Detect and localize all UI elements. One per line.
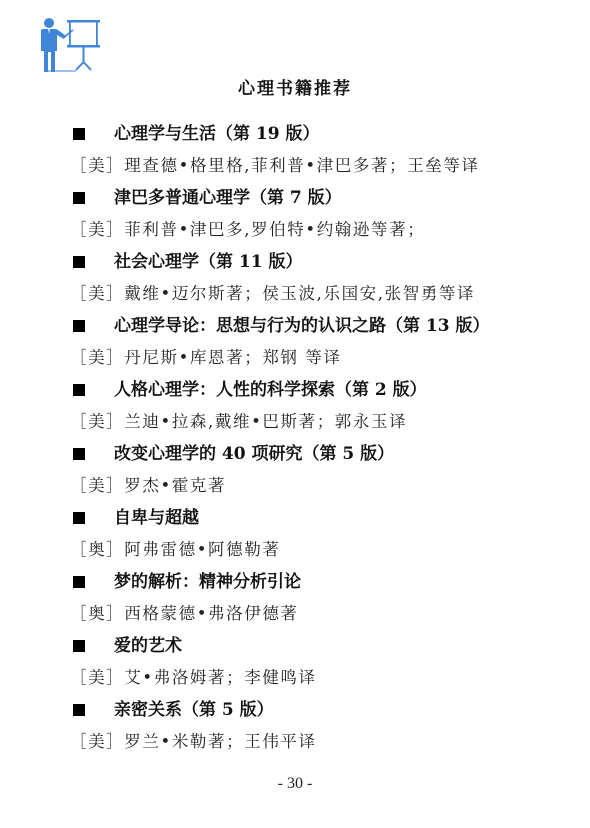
book-author: ［美］罗兰•米勒著；王伟平译 [0,726,590,758]
square-bullet-icon [73,384,85,396]
book-title: 津巴多普通心理学（第 7 版） [114,182,342,214]
book-author: ［奥］阿弗雷德•阿德勒著 [0,534,590,566]
book-item: 津巴多普通心理学（第 7 版） ［美］菲利普•津巴多,罗伯特•约翰逊等著； [0,182,590,246]
square-bullet-icon [73,256,85,268]
book-title: 社会心理学（第 11 版） [114,246,303,278]
book-author: ［奥］西格蒙德•弗洛伊德著 [0,598,590,630]
square-bullet-icon [73,576,85,588]
page-number: - 30 - [0,775,590,793]
square-bullet-icon [73,704,85,716]
book-title: 心理学导论：思想与行为的认识之路（第 13 版） [114,310,490,342]
book-item: 社会心理学（第 11 版） ［美］戴维•迈尔斯著；侯玉波,乐国安,张智勇等译 [0,246,590,310]
book-author: ［美］戴维•迈尔斯著；侯玉波,乐国安,张智勇等译 [0,278,590,310]
book-item: 亲密关系（第 5 版） ［美］罗兰•米勒著；王伟平译 [0,694,590,758]
square-bullet-icon [73,512,85,524]
book-title: 心理学与生活（第 19 版） [114,118,320,150]
book-item: 梦的解析：精神分析引论 ［奥］西格蒙德•弗洛伊德著 [0,566,590,630]
book-item: 心理学与生活（第 19 版） ［美］理查德•格里格,菲利普•津巴多著；王垒等译 [0,118,590,182]
square-bullet-icon [73,640,85,652]
book-title: 梦的解析：精神分析引论 [114,566,301,598]
book-title: 人格心理学：人性的科学探索（第 2 版） [114,374,427,406]
book-author: ［美］罗杰•霍克著 [0,470,590,502]
book-title: 爱的艺术 [114,630,182,662]
square-bullet-icon [73,128,85,140]
square-bullet-icon [73,320,85,332]
book-author: ［美］菲利普•津巴多,罗伯特•约翰逊等著； [0,214,590,246]
square-bullet-icon [73,448,85,460]
book-item: 自卑与超越 ［奥］阿弗雷德•阿德勒著 [0,502,590,566]
book-item: 改变心理学的 40 项研究（第 5 版） ［美］罗杰•霍克著 [0,438,590,502]
book-author: ［美］丹尼斯•库恩著；郑钢 等译 [0,342,590,374]
book-list: 心理学与生活（第 19 版） ［美］理查德•格里格,菲利普•津巴多著；王垒等译 … [0,118,590,758]
page-title: 心理书籍推荐 [0,74,590,99]
book-author: ［美］理查德•格里格,菲利普•津巴多著；王垒等译 [0,150,590,182]
book-title: 自卑与超越 [114,502,199,534]
book-item: 爱的艺术 ［美］艾•弗洛姆著；李健鸣译 [0,630,590,694]
presenter-at-board-icon [36,14,102,72]
square-bullet-icon [73,192,85,204]
book-title: 亲密关系（第 5 版） [114,694,274,726]
book-item: 心理学导论：思想与行为的认识之路（第 13 版） ［美］丹尼斯•库恩著；郑钢 等… [0,310,590,374]
book-author: ［美］兰迪•拉森,戴维•巴斯著；郭永玉译 [0,406,590,438]
book-author: ［美］艾•弗洛姆著；李健鸣译 [0,662,590,694]
book-item: 人格心理学：人性的科学探索（第 2 版） ［美］兰迪•拉森,戴维•巴斯著；郭永玉… [0,374,590,438]
book-title: 改变心理学的 40 项研究（第 5 版） [114,438,394,470]
